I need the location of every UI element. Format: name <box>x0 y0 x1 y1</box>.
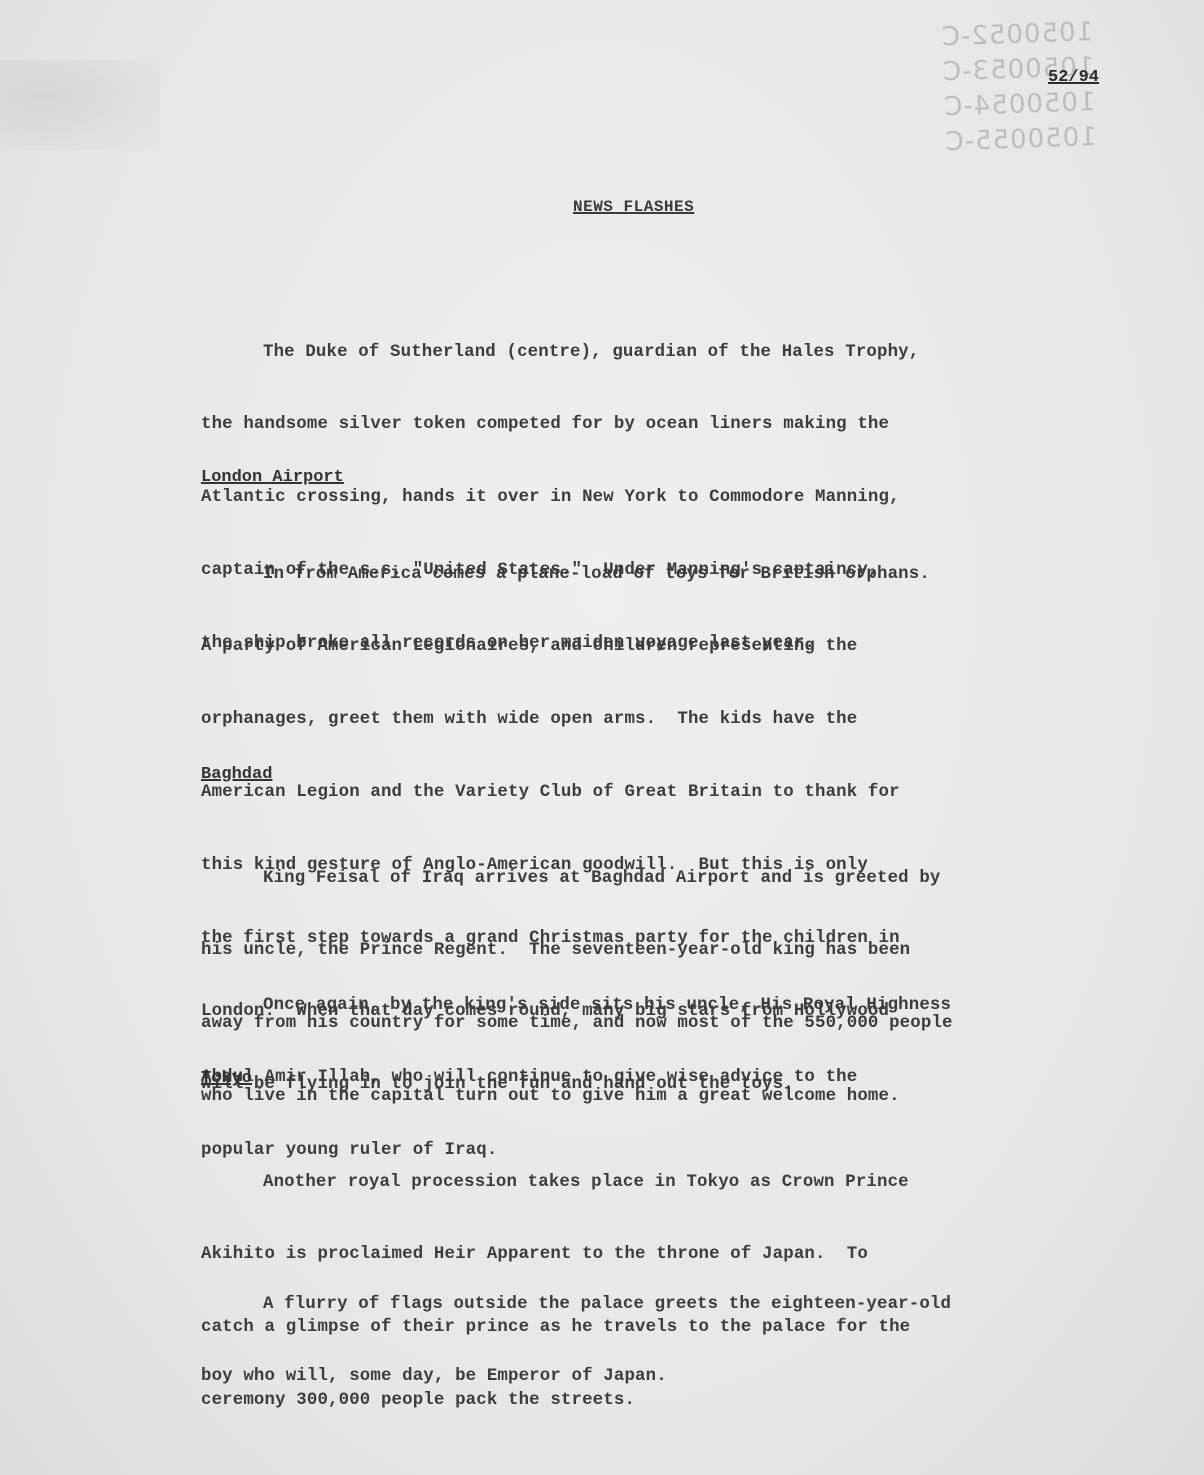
document-title: NEWS FLASHES <box>573 198 694 216</box>
text-line: The Duke of Sutherland (centre), guardia… <box>201 341 1101 365</box>
text-line: In from America comes a plane-load of to… <box>201 563 1101 587</box>
handwritten-margin-notes: 1050052-C 1050053-C 1050054-C 1050055-C <box>923 15 1098 161</box>
text-line: Once again, by the king's side sits his … <box>201 994 1101 1018</box>
text-line: Another royal procession takes place in … <box>201 1171 1101 1195</box>
page-number: 52/94 <box>1048 68 1099 87</box>
text-line: King Feisal of Iraq arrives at Baghdad A… <box>201 867 1101 891</box>
section-heading-tokyo: Tokyo <box>201 1069 252 1088</box>
text-line: Atlantic crossing, hands it over in New … <box>201 486 1101 510</box>
text-line: A flurry of flags outside the palace gre… <box>201 1293 1101 1317</box>
section-heading-baghdad: Baghdad <box>201 765 272 784</box>
handwritten-note: 1050055-C <box>926 120 1097 161</box>
text-line: A party of American Legionaires, and chi… <box>201 635 1101 659</box>
handwritten-note: 1050052-C <box>923 15 1094 56</box>
tokyo-paragraph-2: A flurry of flags outside the palace gre… <box>201 1244 1101 1438</box>
text-line: boy who will, some day, be Emperor of Ja… <box>201 1365 1101 1389</box>
text-line: the handsome silver token competed for b… <box>201 413 1101 437</box>
document-page: 1050052-C 1050053-C 1050054-C 1050055-C … <box>0 0 1204 1475</box>
handwritten-note: 1050054-C <box>925 85 1096 126</box>
text-line: Abdul Amir Illah, who will continue to g… <box>201 1066 1101 1090</box>
text-line: American Legion and the Variety Club of … <box>201 781 1101 805</box>
section-heading-london-airport: London Airport <box>201 468 344 487</box>
paper-smudge <box>0 60 160 150</box>
text-line: orphanages, greet them with wide open ar… <box>201 708 1101 732</box>
